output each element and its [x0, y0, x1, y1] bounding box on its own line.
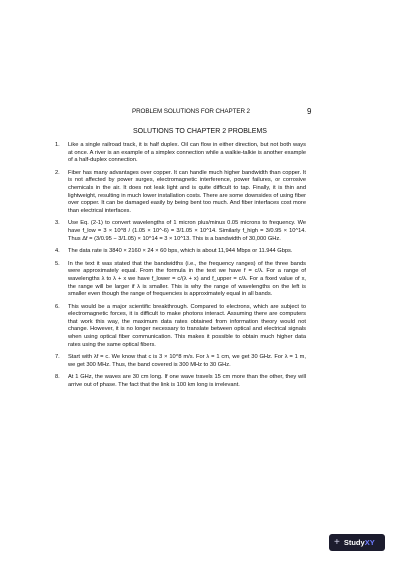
list-item: 2.Fiber has many advantages over copper.… [55, 170, 306, 216]
running-title: PROBLEM SOLUTIONS FOR CHAPTER 2 [132, 108, 250, 115]
list-item: 5.In the text it was stated that the ban… [55, 261, 306, 299]
list-item: 1.Like a single railroad track, it is ha… [55, 142, 306, 165]
list-item: 8.At 1 GHz, the waves are 30 cm long. If… [55, 374, 306, 389]
list-item: 3.Use Eq. (2-1) to convert wavelengths o… [55, 220, 306, 243]
item-text: At 1 GHz, the waves are 30 cm long. If o… [68, 374, 306, 388]
plus-icon: + [334, 537, 340, 548]
item-number: 4. [55, 248, 60, 256]
item-number: 3. [55, 220, 60, 228]
item-text: Start with λf = c. We know that c is 3 ×… [68, 354, 306, 368]
document-title: SOLUTIONS TO CHAPTER 2 PROBLEMS [0, 128, 400, 135]
item-number: 5. [55, 261, 60, 269]
item-number: 1. [55, 142, 60, 150]
list-item: 6.This would be a major scientific break… [55, 304, 306, 350]
brand-xy: XY [365, 538, 375, 547]
item-text: The data rate is 3840 × 2160 × 24 × 60 b… [68, 248, 292, 254]
item-text: In the text it was stated that the bandw… [68, 261, 306, 297]
list-item: 4.The data rate is 3840 × 2160 × 24 × 60… [55, 248, 306, 256]
list-item: 7.Start with λf = c. We know that c is 3… [55, 354, 306, 369]
solutions-list: 1.Like a single railroad track, it is ha… [55, 142, 306, 395]
item-text: Fiber has many advantages over copper. I… [68, 170, 306, 214]
item-text: Use Eq. (2-1) to convert wavelengths of … [68, 220, 306, 241]
item-text: Like a single railroad track, it is half… [68, 142, 306, 163]
item-number: 6. [55, 304, 60, 312]
brand-study: Study [344, 538, 365, 547]
item-number: 2. [55, 170, 60, 178]
item-number: 7. [55, 354, 60, 362]
item-text: This would be a major scientific breakth… [68, 304, 306, 348]
studyxy-badge[interactable]: + StudyXY [329, 534, 385, 551]
page-number: 9 [307, 107, 311, 116]
item-number: 8. [55, 374, 60, 382]
